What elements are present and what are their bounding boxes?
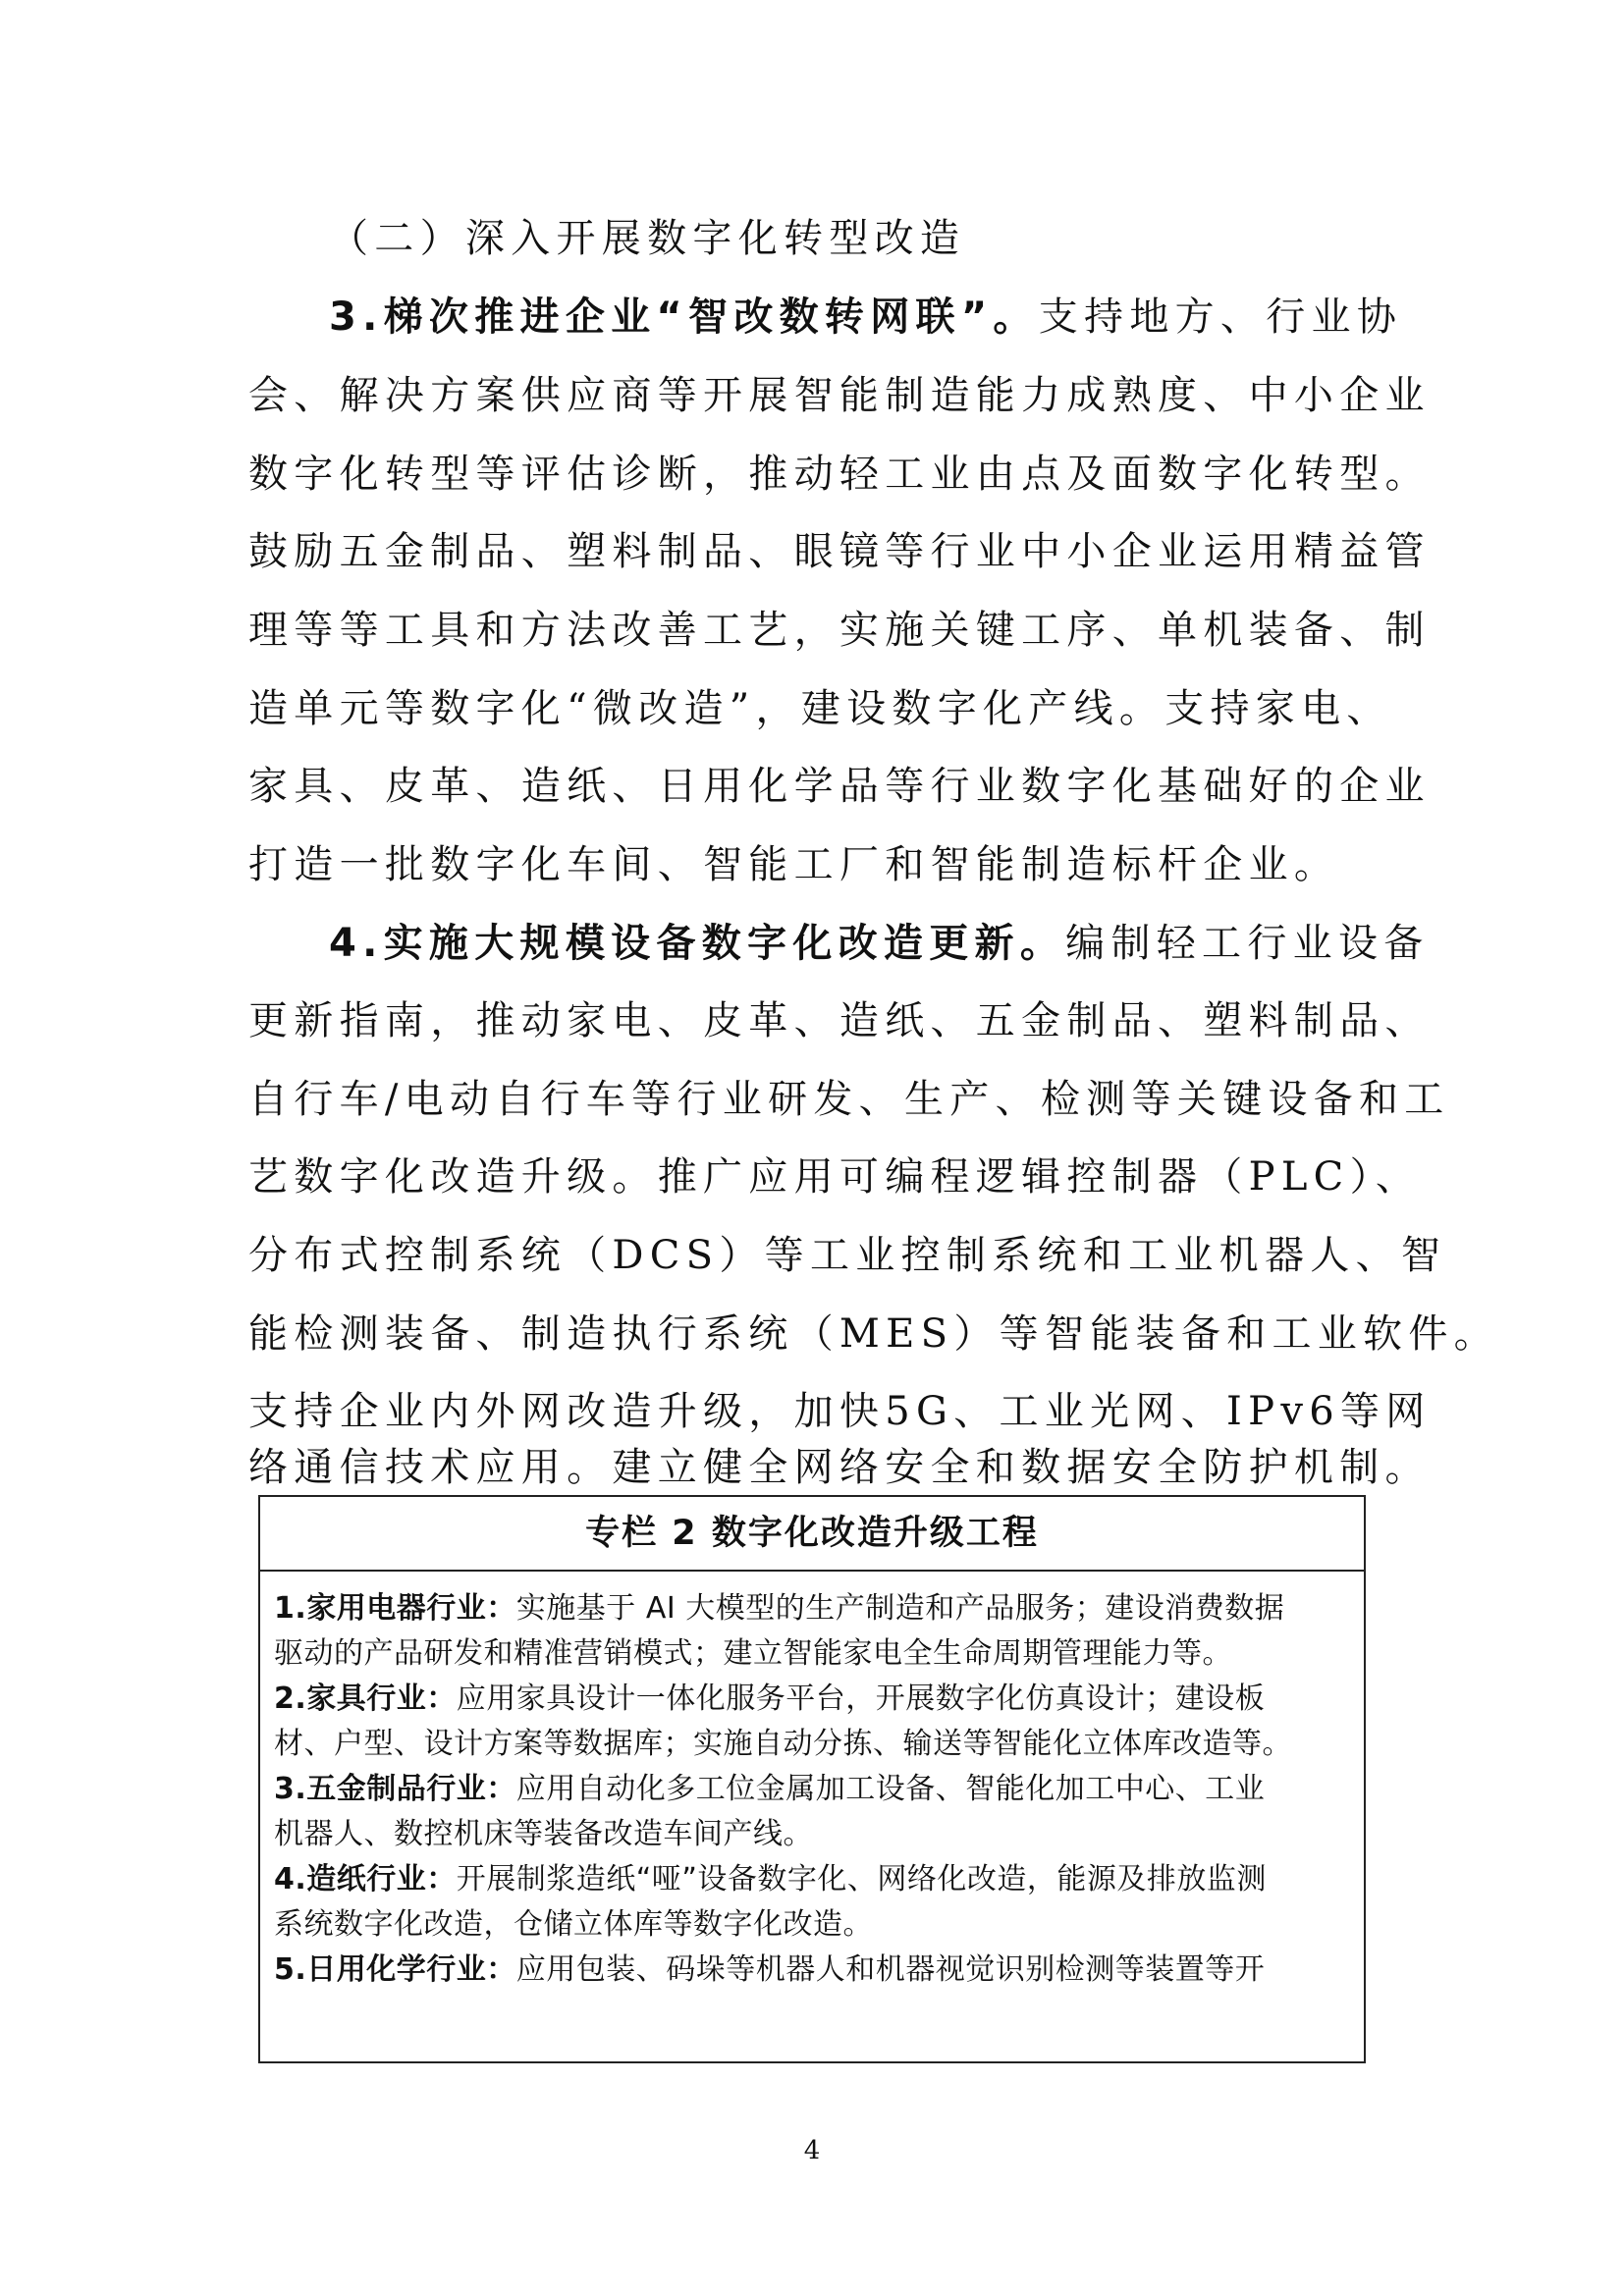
box-item-2-line-2: 材、户型、设计方案等数据库；实施自动分拣、输送等智能化立体库改造等。 <box>274 1725 1354 1764</box>
para4-line-2: 更新指南，推动家电、皮革、造纸、五金制品、塑料制品、 <box>248 996 1378 1045</box>
para3-line-2: 会、解决方案供应商等开展智能制造能力成熟度、中小企业 <box>248 371 1378 420</box>
para4-line-7: 支持企业内外网改造升级，加快5G、工业光网、IPv6等网 <box>248 1387 1378 1436</box>
para4-line-6: 能检测装备、制造执行系统（MES）等智能装备和工业软件。 <box>248 1309 1378 1359</box>
box-item-1-line-1: 1.家用电器行业：实施基于 AI 大模型的生产制造和产品服务；建设消费数据 <box>274 1589 1354 1629</box>
para3-line-8: 打造一批数字化车间、智能工厂和智能制造标杆企业。 <box>248 840 1378 889</box>
para3-line-1: 3.梯次推进企业“智改数转网联”。支持地方、行业协 <box>329 293 1378 342</box>
column-box-title: 专栏 2 数字化改造升级工程 <box>260 1497 1364 1572</box>
box-item-4-line-2: 系统数字化改造，仓储立体库等数字化改造。 <box>274 1905 1354 1945</box>
page-number: 4 <box>0 2136 1624 2165</box>
para4-line-3: 自行车/电动自行车等行业研发、生产、检测等关键设备和工 <box>248 1075 1378 1124</box>
para3-line-7: 家具、皮革、造纸、日用化学品等行业数字化基础好的企业 <box>248 762 1378 811</box>
box-item-3-line-2: 机器人、数控机床等装备改造车间产线。 <box>274 1815 1354 1854</box>
box-item-3-line-1: 3.五金制品行业：应用自动化多工位金属加工设备、智能化加工中心、工业 <box>274 1770 1354 1809</box>
para3-title: 3.梯次推进企业“智改数转网联”。 <box>329 294 1039 340</box>
para3-line-4: 鼓励五金制品、塑料制品、眼镜等行业中小企业运用精益管 <box>248 527 1378 576</box>
document-page: （二）深入开展数字化转型改造 3.梯次推进企业“智改数转网联”。支持地方、行业协… <box>0 0 1624 2296</box>
section-heading: （二）深入开展数字化转型改造 <box>329 214 1458 263</box>
box-item-2-line-1: 2.家具行业：应用家具设计一体化服务平台，开展数字化仿真设计；建设板 <box>274 1680 1354 1719</box>
box-item-1-line-2: 驱动的产品研发和精准营销模式；建立智能家电全生命周期管理能力等。 <box>274 1634 1354 1674</box>
para3-line-6: 造单元等数字化“微改造”，建设数字化产线。支持家电、 <box>248 684 1378 733</box>
box-item-5-line-1: 5.日用化学行业：应用包装、码垛等机器人和机器视觉识别检测等装置等开 <box>274 1950 1354 1990</box>
para3-line-3: 数字化转型等评估诊断，推动轻工业由点及面数字化转型。 <box>248 450 1378 499</box>
para4-line-8: 络通信技术应用。建立健全网络安全和数据安全防护机制。 <box>248 1443 1378 1492</box>
para4-line-4: 艺数字化改造升级。推广应用可编程逻辑控制器（PLC）、 <box>248 1152 1378 1201</box>
para4-line-5: 分布式控制系统（DCS）等工业控制系统和工业机器人、智 <box>248 1231 1378 1280</box>
para3-line-5: 理等等工具和方法改善工艺，实施关键工序、单机装备、制 <box>248 606 1378 655</box>
para4-line-1: 4.实施大规模设备数字化改造更新。编制轻工行业设备 <box>329 919 1378 968</box>
para4-title: 4.实施大规模设备数字化改造更新。 <box>329 921 1065 966</box>
column-box: 专栏 2 数字化改造升级工程 1.家用电器行业：实施基于 AI 大模型的生产制造… <box>258 1495 1366 2063</box>
box-item-4-line-1: 4.造纸行业：开展制浆造纸“哑”设备数字化、网络化改造，能源及排放监测 <box>274 1860 1354 1899</box>
